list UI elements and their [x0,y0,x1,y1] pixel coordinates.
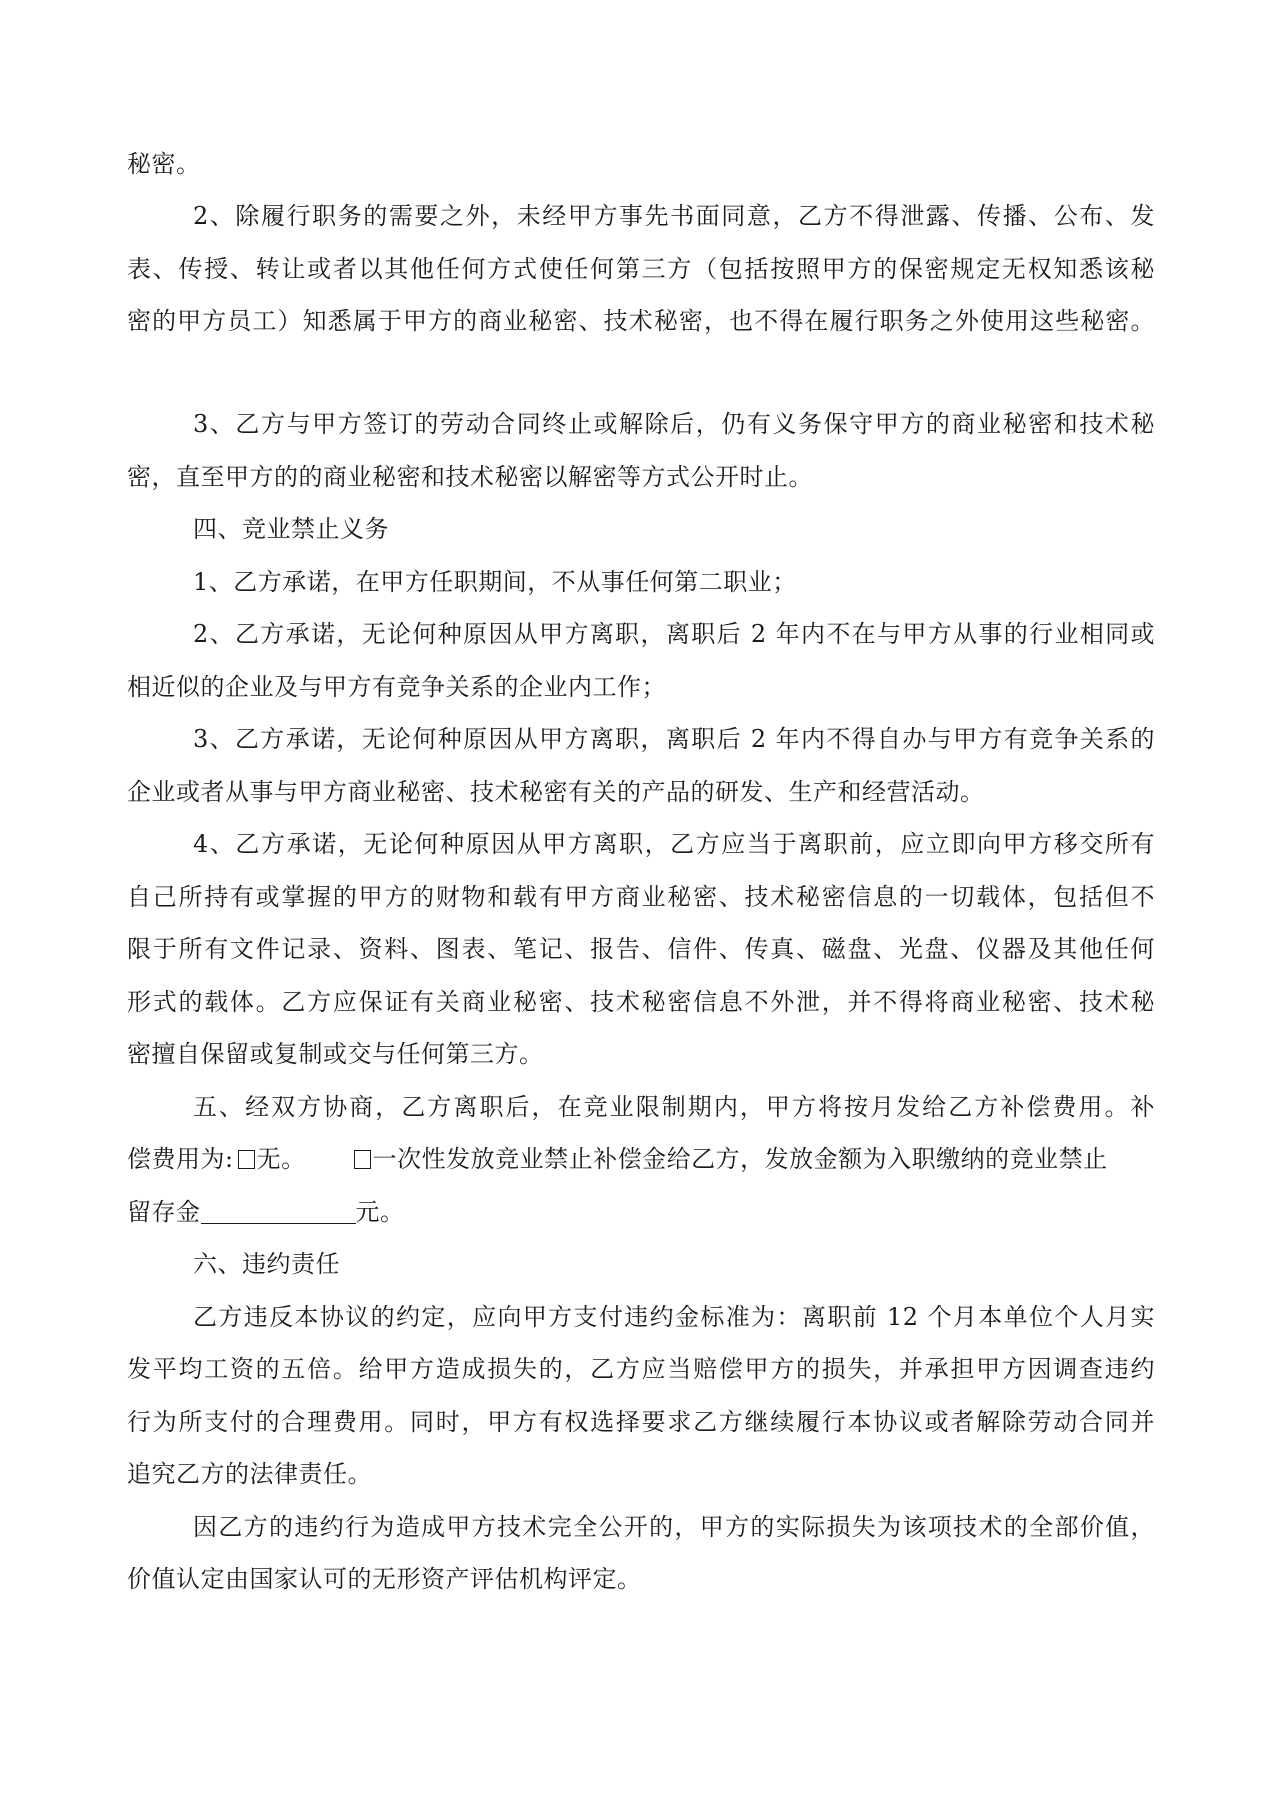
section-heading: 四、竞业禁止义务 [193,513,1155,545]
text-line: 形式的载体。乙方应保证有关商业秘密、技术秘密信息不外泄，并不得将商业秘密、技术秘 [127,986,1155,1018]
text-line: 因乙方的违约行为造成甲方技术完全公开的，甲方的实际损失为该项技术的全部价值， [193,1511,1155,1543]
section-heading: 五、经双方协商，乙方离职后，在竞业限制期内，甲方将按月发给乙方补偿费用。补 [193,1091,1155,1123]
text-line: 乙方违反本协议的约定，应向甲方支付违约金标准为：离职前 12 个月本单位个人月实 [193,1301,1155,1333]
text-line: 行为所支付的合理费用。同时，甲方有权选择要求乙方继续履行本协议或者解除劳动合同并 [127,1406,1155,1438]
text-line: 1、乙方承诺，在甲方任职期间，不从事任何第二职业； [193,566,1155,598]
text-line: 2、除履行职务的需要之外，未经甲方事先书面同意，乙方不得泄露、传播、公布、发 [193,200,1155,232]
checkbox-no-compensation[interactable] [238,1150,255,1169]
text-line: 表、传授、转让或者以其他任何方式使任何第三方（包括按照甲方的保密规定无权知悉该秘 [127,253,1155,285]
compensation-label: 偿费用为: [127,1145,234,1173]
text-line: 秘密。 [127,148,1155,180]
text-line: 企业或者从事与甲方商业秘密、技术秘密有关的产品的研发、生产和经营活动。 [127,776,1155,808]
text-line: 相近似的企业及与甲方有竞争关系的企业内工作； [127,671,1155,703]
text-line: 2、乙方承诺，无论何种原因从甲方离职，离职后 2 年内不在与甲方从事的行业相同或 [193,618,1155,650]
deposit-line: 留存金元。 [127,1196,1155,1228]
text-line: 限于所有文件记录、资料、图表、笔记、报告、信件、传真、磁盘、光盘、仪器及其他任何 [127,933,1155,965]
text-line: 发平均工资的五倍。给甲方造成损失的，乙方应当赔偿甲方的损失，并承担甲方因调查违约 [127,1353,1155,1385]
text-line: 3、乙方承诺，无论何种原因从甲方离职，离职后 2 年内不得自办与甲方有竞争关系的 [193,723,1155,755]
option-none-label: 无。 [257,1145,306,1173]
text-line: 3、乙方与甲方签订的劳动合同终止或解除后，仍有义务保守甲方的商业秘密和技术秘 [193,408,1155,440]
text-line: 自己所持有或掌握的甲方的财物和载有甲方商业秘密、技术秘密信息的一切载体，包括但不 [127,881,1155,913]
section-heading: 六、违约责任 [193,1248,1155,1280]
text-line: 密的甲方员工）知悉属于甲方的商业秘密、技术秘密，也不得在履行职务之外使用这些秘密… [127,305,1155,337]
currency-unit: 元。 [356,1198,405,1226]
compensation-options-line: 偿费用为:无。一次性发放竞业禁止补偿金给乙方，发放金额为入职缴纳的竞业禁止 [127,1143,1155,1175]
text-line: 4、乙方承诺，无论何种原因从甲方离职，乙方应当于离职前，应立即向甲方移交所有 [193,828,1155,860]
text-line: 密擅自保留或复制或交与任何第三方。 [127,1038,1155,1070]
checkbox-lump-sum[interactable] [354,1150,371,1169]
deposit-label: 留存金 [127,1198,201,1226]
text-line: 密，直至甲方的的商业秘密和技术秘密以解密等方式公开时止。 [127,461,1155,493]
text-line: 追究乙方的法律责任。 [127,1458,1155,1490]
deposit-amount-field[interactable] [201,1199,356,1224]
document-page: 秘密。 2、除履行职务的需要之外，未经甲方事先书面同意，乙方不得泄露、传播、公布… [0,0,1280,1810]
text-line: 价值认定由国家认可的无形资产评估机构评定。 [127,1563,1155,1595]
option-lump-sum-label: 一次性发放竞业禁止补偿金给乙方，发放金额为入职缴纳的竞业禁止 [373,1145,1108,1173]
